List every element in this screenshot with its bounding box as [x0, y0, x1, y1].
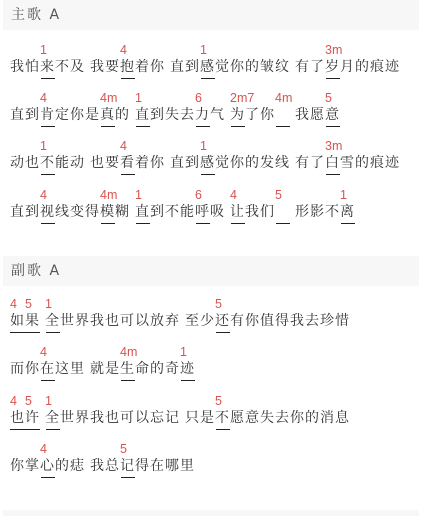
next-section-header	[3, 510, 419, 516]
lyric-text: 到	[150, 204, 164, 220]
chord-label: 1	[340, 188, 347, 202]
lyric-char: 5还	[215, 297, 230, 337]
lyric-text: 也	[105, 313, 119, 329]
lyric-char: 定	[55, 91, 70, 131]
lyric-char: 1直	[135, 91, 150, 131]
lyric-text: 迹	[180, 361, 194, 377]
lyric-text: 来	[40, 59, 54, 75]
chord-label: 5	[25, 394, 32, 408]
lyric-char: 及	[70, 43, 85, 83]
lyric-char: 失	[165, 91, 180, 131]
lyric-text: 们	[260, 204, 274, 220]
lyric-text: 全	[45, 313, 59, 329]
lyric-line: 直到4肯定你是4m真的1直到失去6力气2m7为了你4m我愿5意	[10, 91, 340, 131]
lyric-text: 你	[290, 410, 304, 426]
lyric-char: 去	[180, 91, 195, 131]
lyric-text: 世	[60, 410, 74, 426]
rest-slot: 5	[275, 188, 290, 228]
lyric-text: 弃	[165, 313, 179, 329]
section-header: 副歌 A	[3, 256, 419, 286]
lyric-char: 愿	[230, 394, 245, 434]
lyric-text: 直	[170, 155, 184, 171]
chord-underline	[231, 223, 245, 224]
chord-underline	[326, 126, 340, 127]
lyric-text: 直	[135, 204, 149, 220]
lyric-char: 直	[10, 91, 25, 131]
lyric-char: 5不	[215, 394, 230, 434]
lyric-char: 去	[305, 297, 320, 337]
lyric-text: 了	[310, 59, 324, 75]
lyric-char: 4看	[120, 139, 135, 179]
lyric-text: 这	[55, 361, 69, 377]
lyric-text: 到	[185, 155, 199, 171]
lyric-char: 影	[310, 188, 325, 228]
lyric-char: 到	[185, 139, 200, 179]
lyric-text: 能	[55, 155, 69, 171]
lyric-text: 你	[25, 361, 39, 377]
chord-underline	[121, 380, 135, 381]
lyric-text: 及	[70, 59, 84, 75]
chord-label: 1	[45, 394, 52, 408]
lyric-text: 觉	[215, 59, 229, 75]
lyric-text: 线	[275, 155, 289, 171]
lyric-text: 是	[85, 107, 99, 123]
lyric-char: 至	[185, 297, 200, 337]
lyric-char: 1直	[135, 188, 150, 228]
lyric-char: 你	[25, 345, 40, 385]
lyric-char: 4在	[40, 345, 55, 385]
lyric-text: 记	[120, 458, 134, 474]
lyric-char: 世	[60, 297, 75, 337]
lyric-text: 线	[55, 204, 69, 220]
lyric-char: 有	[295, 139, 310, 179]
lyric-text: 你	[260, 107, 274, 123]
lyric-text: 有	[230, 313, 244, 329]
lyric-line: 你掌4心的痣我总5记得在哪里	[10, 442, 195, 482]
lyric-text: 记	[165, 410, 179, 426]
lyric-char: 直	[170, 139, 185, 179]
chord-underline	[341, 223, 355, 224]
lyric-char: 变	[70, 188, 85, 228]
lyric-text: 愿	[230, 410, 244, 426]
chord-label: 1	[45, 297, 52, 311]
lyric-char: 动	[70, 139, 85, 179]
lyric-text: 为	[230, 107, 244, 123]
lyric-text: 去	[275, 410, 289, 426]
lyric-text: 我	[245, 204, 259, 220]
lyric-text: 愿	[310, 107, 324, 123]
lyric-char: 的	[245, 43, 260, 83]
lyric-line: 直到4视线变得4m模糊1直到不能6呼吸4让我们5形影不1离	[10, 188, 355, 228]
lyric-char: 的	[245, 139, 260, 179]
lyric-char: 1感	[200, 139, 215, 179]
chord-label: 5	[120, 442, 127, 456]
chord-underline	[25, 332, 40, 333]
lyric-text: 力	[195, 107, 209, 123]
lyric-text: 我	[90, 410, 104, 426]
chord-underline	[41, 174, 55, 175]
lyric-char: 线	[275, 139, 290, 179]
lyric-char: 到	[25, 188, 40, 228]
lyric-char: 痕	[370, 139, 385, 179]
lyric-char: 1不	[40, 139, 55, 179]
lyric-text: 息	[335, 410, 349, 426]
lyric-text: 我	[90, 59, 104, 75]
chord-label: 5	[25, 297, 32, 311]
lyric-text: 生	[120, 361, 134, 377]
lyric-text: 我	[90, 313, 104, 329]
lyric-text: 视	[40, 204, 54, 220]
lyric-char: 可	[120, 394, 135, 434]
chord-label: 1	[135, 188, 142, 202]
lyric-text: 以	[135, 313, 149, 329]
lyric-char: 也	[25, 139, 40, 179]
lyric-text: 我	[90, 458, 104, 474]
chord-label: 6	[195, 91, 202, 105]
lyric-text: 着	[135, 59, 149, 75]
lyric-char: 5记	[120, 442, 135, 482]
lyric-text: 界	[75, 313, 89, 329]
lyric-char: 怕	[25, 43, 40, 83]
lyric-text: 你	[230, 59, 244, 75]
lyric-char: 6呼	[195, 188, 210, 228]
lyric-text: 的	[355, 155, 369, 171]
lyric-text: 还	[215, 313, 229, 329]
lyric-char: 值	[260, 297, 275, 337]
chord-label: 4	[40, 91, 47, 105]
lyric-char: 我	[90, 297, 105, 337]
chord-underline	[121, 78, 135, 79]
lyric-char: 我	[90, 442, 105, 482]
lyric-text: 能	[180, 204, 194, 220]
chord-underline	[41, 223, 55, 224]
lyric-char: 形	[295, 188, 310, 228]
lyric-char: 我	[10, 43, 25, 83]
lyric-text: 的	[245, 155, 259, 171]
chord-underline	[121, 174, 135, 175]
lyric-char: 的	[150, 345, 165, 385]
lyric-text: 得	[275, 313, 289, 329]
lyric-char: 你	[230, 139, 245, 179]
chord-underline	[101, 223, 115, 224]
lyric-text: 哪	[165, 458, 179, 474]
lyric-text: 痕	[370, 59, 384, 75]
chord-label: 4	[40, 345, 47, 359]
lyric-char: 了	[310, 139, 325, 179]
lyric-char: 我	[245, 188, 260, 228]
lyric-text: 也	[25, 155, 39, 171]
lyric-text: 离	[340, 204, 354, 220]
lyric-text: 你	[245, 313, 259, 329]
lyric-text: 到	[150, 107, 164, 123]
lyric-text: 也	[10, 410, 24, 426]
lyric-char: 着	[135, 43, 150, 83]
lyric-text: 也	[105, 410, 119, 426]
lyric-char: 得	[135, 442, 150, 482]
chord-underline	[136, 223, 150, 224]
chord-label: 1	[200, 139, 207, 153]
lyric-char: 直	[10, 188, 25, 228]
lyric-text: 要	[105, 155, 119, 171]
chord-underline	[196, 126, 210, 127]
lyric-char: 的	[305, 394, 320, 434]
lyric-char: 也	[90, 139, 105, 179]
lyric-char: 5意	[325, 91, 340, 131]
lyric-char: 迹	[385, 139, 400, 179]
lyric-char: 忘	[150, 394, 165, 434]
lyric-text: 如	[10, 313, 24, 329]
lyric-char: 到	[150, 91, 165, 131]
lyric-text: 白	[325, 155, 339, 171]
lyric-text: 我	[295, 107, 309, 123]
chord-label: 4	[10, 297, 17, 311]
lyric-char: 里	[70, 345, 85, 385]
lyric-char: 以	[135, 297, 150, 337]
lyric-text: 全	[45, 410, 59, 426]
lyric-text: 你	[150, 59, 164, 75]
chord-underline	[326, 174, 340, 175]
lyric-char: 4m真	[100, 91, 115, 131]
lyric-char: 着	[135, 139, 150, 179]
lyric-char: 发	[260, 139, 275, 179]
chord-underline	[10, 332, 25, 333]
lyric-text: 我	[290, 313, 304, 329]
lyric-char: 了	[245, 91, 260, 131]
lyric-char: 1迹	[180, 345, 195, 385]
lyric-text: 着	[135, 155, 149, 171]
lyric-text: 心	[40, 458, 54, 474]
chord-underline	[25, 429, 40, 430]
lyric-char: 我	[295, 91, 310, 131]
chord-underline	[196, 223, 210, 224]
lyric-char: 的	[55, 442, 70, 482]
lyric-text: 意	[325, 107, 339, 123]
lyric-text: 到	[185, 59, 199, 75]
chord-underline	[101, 126, 115, 127]
lyric-text: 去	[305, 313, 319, 329]
lyric-char: 到	[185, 43, 200, 83]
lyric-text: 动	[10, 155, 24, 171]
lyric-char: 6力	[195, 91, 210, 131]
lyric-text: 以	[135, 410, 149, 426]
lyric-char: 失	[260, 394, 275, 434]
lyric-text: 怕	[25, 59, 39, 75]
lyric-text: 少	[200, 313, 214, 329]
lyric-text: 的	[355, 59, 369, 75]
section-title: 主歌 A	[11, 7, 61, 23]
lyric-text: 皱	[260, 59, 274, 75]
lyric-char: 界	[75, 297, 90, 337]
lyric-char: 只	[185, 394, 200, 434]
chord-underline	[276, 126, 290, 127]
lyric-char: 以	[135, 394, 150, 434]
lyric-char: 去	[275, 394, 290, 434]
chord-underline	[41, 78, 55, 79]
chord-label: 1	[180, 345, 187, 359]
lyric-text: 的	[305, 410, 319, 426]
chord-label: 5	[215, 394, 222, 408]
lyric-text: 意	[245, 410, 259, 426]
lyric-char: 这	[55, 345, 70, 385]
lyric-text: 模	[100, 204, 114, 220]
section-header: 主歌 A	[3, 0, 419, 30]
lyric-text: 不	[165, 204, 179, 220]
lyric-char: 的	[355, 43, 370, 83]
chord-label: 1	[40, 139, 47, 153]
lyric-char: 能	[55, 139, 70, 179]
lyric-char: 糊	[115, 188, 130, 228]
lyric-char: 也	[105, 394, 120, 434]
lyric-line: 4如5果1全世界我也可以放弃至少5还有你值得我去珍惜	[10, 297, 350, 337]
lyric-text: 是	[105, 361, 119, 377]
lyric-text: 月	[340, 59, 354, 75]
lyric-text: 失	[165, 107, 179, 123]
chord-underline	[41, 126, 55, 127]
lyric-char: 4肯	[40, 91, 55, 131]
lyric-text: 让	[230, 204, 244, 220]
lyric-char: 到	[25, 91, 40, 131]
lyric-char: 你	[245, 297, 260, 337]
chord-underline	[181, 380, 195, 381]
chord-label: 1	[200, 43, 207, 57]
chord-underline	[276, 223, 290, 224]
lyric-char: 4也	[10, 394, 25, 434]
lyric-char: 我	[90, 394, 105, 434]
chord-label: 4	[40, 442, 47, 456]
lyric-text: 到	[25, 204, 39, 220]
lyric-char: 痣	[70, 442, 85, 482]
lyric-char: 4m生	[120, 345, 135, 385]
lyric-text: 可	[120, 313, 134, 329]
lyric-text: 看	[120, 155, 134, 171]
lyric-text: 忘	[150, 410, 164, 426]
lyric-text: 感	[200, 155, 214, 171]
chord-label: 4	[120, 43, 127, 57]
lyric-text: 雪	[340, 155, 354, 171]
lyric-char: 得	[85, 188, 100, 228]
lyric-char: 奇	[165, 345, 180, 385]
lyric-text: 而	[10, 361, 24, 377]
section-title: 副歌 A	[11, 263, 61, 279]
lyric-text: 抱	[120, 59, 134, 75]
lyric-char: 你	[290, 394, 305, 434]
lyric-text: 也	[90, 155, 104, 171]
lyric-char: 命	[135, 345, 150, 385]
lyric-char: 得	[275, 297, 290, 337]
lyric-text: 迹	[385, 155, 399, 171]
lyric-char: 在	[150, 442, 165, 482]
lyric-line: 4也5许1全世界我也可以忘记只是5不愿意失去你的消息	[10, 394, 350, 434]
lyric-char: 掌	[25, 442, 40, 482]
lyric-char: 2m7为	[230, 91, 245, 131]
lyric-line: 我怕1来不及我要4抱着你直到1感觉你的皱纹有了3m岁月的痕迹	[10, 43, 400, 83]
lyric-char: 你	[150, 139, 165, 179]
lyric-text: 气	[210, 107, 224, 123]
lyric-char: 5果	[25, 297, 40, 337]
lyric-char: 是	[85, 91, 100, 131]
lyric-char: 界	[75, 394, 90, 434]
lyric-line: 动也1不能动也要4看着你直到1感觉你的发线有了3m白雪的痕迹	[10, 139, 400, 179]
lyric-text: 珍	[320, 313, 334, 329]
lyric-char: 惜	[335, 297, 350, 337]
lyric-char: 觉	[215, 139, 230, 179]
lyric-char: 们	[260, 188, 275, 228]
lyric-text: 痣	[70, 458, 84, 474]
lyric-text: 在	[40, 361, 54, 377]
lyric-text: 觉	[215, 155, 229, 171]
lyric-text: 你	[150, 155, 164, 171]
lyric-char: 4如	[10, 297, 25, 337]
lyric-char: 吸	[210, 188, 225, 228]
lyric-char: 1离	[340, 188, 355, 228]
lyric-char: 直	[170, 43, 185, 83]
lyric-char: 也	[105, 297, 120, 337]
lyric-text: 得	[135, 458, 149, 474]
lyric-text: 形	[295, 204, 309, 220]
lyric-char: 不	[165, 188, 180, 228]
lyric-text: 只	[185, 410, 199, 426]
lyric-text: 呼	[195, 204, 209, 220]
lyric-char: 到	[150, 188, 165, 228]
lyric-text: 肯	[40, 107, 54, 123]
lyric-text: 你	[70, 107, 84, 123]
lyric-char: 愿	[310, 91, 325, 131]
lyric-char: 记	[165, 394, 180, 434]
lyric-char: 了	[310, 43, 325, 83]
lyric-char: 你	[10, 442, 25, 482]
lyric-text: 定	[55, 107, 69, 123]
lyric-line: 而你4在这里就是4m生命的奇1迹	[10, 345, 195, 385]
lyric-char: 你	[260, 91, 275, 131]
lyric-text: 了	[310, 155, 324, 171]
lyric-char: 我	[90, 43, 105, 83]
chord-underline	[10, 429, 25, 430]
lyric-text: 值	[260, 313, 274, 329]
lyric-text: 痕	[370, 155, 384, 171]
lyric-char: 息	[335, 394, 350, 434]
lyric-text: 不	[55, 59, 69, 75]
chord-underline	[46, 429, 60, 430]
chord-label: 4	[40, 188, 47, 202]
lyric-text: 许	[25, 410, 39, 426]
lyric-text: 直	[170, 59, 184, 75]
lyric-text: 至	[185, 313, 199, 329]
lyric-text: 的	[245, 59, 259, 75]
lyric-char: 痕	[370, 43, 385, 83]
lyric-char: 有	[295, 43, 310, 83]
lyric-text: 我	[10, 59, 24, 75]
lyric-char: 珍	[320, 297, 335, 337]
lyric-char: 气	[210, 91, 225, 131]
lyric-char: 哪	[165, 442, 180, 482]
lyric-char: 雪	[340, 139, 355, 179]
lyric-text: 要	[105, 59, 119, 75]
lyric-char: 意	[245, 394, 260, 434]
lyric-char: 有	[230, 297, 245, 337]
lyric-text: 岁	[325, 59, 339, 75]
lyric-text: 惜	[335, 313, 349, 329]
lyric-text: 果	[25, 313, 39, 329]
chord-underline	[41, 380, 55, 381]
lyric-text: 吸	[210, 204, 224, 220]
lyric-char: 你	[230, 43, 245, 83]
lyric-text: 在	[150, 458, 164, 474]
lyric-text: 命	[135, 361, 149, 377]
chord-underline	[136, 126, 150, 127]
lyric-text: 影	[310, 204, 324, 220]
lyric-char: 纹	[275, 43, 290, 83]
lyric-text: 变	[70, 204, 84, 220]
